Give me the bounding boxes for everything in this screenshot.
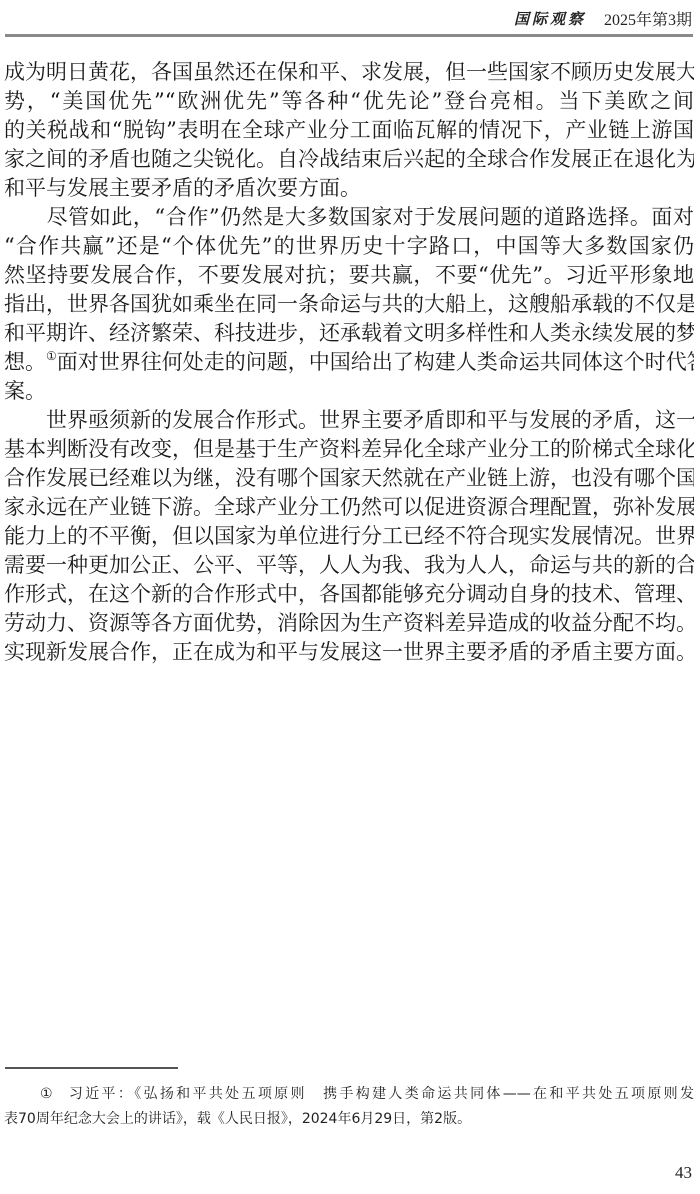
issue-label: 2025年第3期 [604,7,692,30]
body-text: 成为明日黄花，各国虽然还在保和平、求发展，但一些国家不顾历史发展大 势，“美国优… [4,58,694,667]
text-line: 能力上的不平衡，但以国家为单位进行分工已经不符合现实发展情况。世界 [4,522,694,551]
text-line: 实现新发展合作，正在成为和平与发展这一世界主要矛盾的矛盾主要方面。 [4,638,694,667]
text-line: 的关税战和“脱钩”表明在全球产业分工面临瓦解的情况下，产业链上游国 [4,116,694,145]
footnote-rule [5,1067,178,1069]
paragraph-1: 成为明日黄花，各国虽然还在保和平、求发展，但一些国家不顾历史发展大 势，“美国优… [4,58,694,203]
text-line: 家之间的矛盾也随之尖锐化。自冷战结束后兴起的全球合作发展正在退化为 [4,145,694,174]
text-line: 作形式，在这个新的合作形式中，各国都能够充分调动自身的技术、管理、 [4,580,694,609]
text-line: 需要一种更加公正、公平、平等，人人为我、我为人人，命运与共的新的合 [4,551,694,580]
page-number: 43 [675,1163,692,1183]
text-line: 和平与发展主要矛盾的矛盾次要方面。 [4,174,694,203]
footnotes: ①习近平：《弘扬和平共处五项原则 携手构建人类命运共同体——在和平共处五项原则发… [4,1082,694,1132]
text-line: 然坚持要发展合作，不要发展对抗；要共赢，不要“优先”。习近平形象地 [4,261,694,290]
text-line: 和平期许、经济繁荣、科技进步，还承载着文明多样性和人类永续发展的梦 [4,319,694,348]
text-span: 想。 [4,350,46,374]
text-span: 面对世界往何处走的问题，中国给出了构建人类命运共同体这个时代答 [57,350,694,374]
text-line: 劳动力、资源等各方面优势，消除因为生产资料差异造成的收益分配不均。 [4,609,694,638]
journal-name: 国际观察 [514,8,586,29]
footnote-marker: ① [40,1082,53,1107]
header-rule [5,34,693,37]
paragraph-2: 尽管如此，“合作”仍然是大多数国家对于发展问题的道路选择。面对 “合作共赢”还是… [4,203,694,406]
text-line: 家永远在产业链下游。全球产业分工仍然可以促进资源合理配置，弥补发展 [4,493,694,522]
text-line: “合作共赢”还是“个体优先”的世界历史十字路口，中国等大多数国家仍 [4,232,694,261]
footnote-reference[interactable]: ① [46,349,57,363]
footnote-line: ①习近平：《弘扬和平共处五项原则 携手构建人类命运共同体——在和平共处五项原则发 [4,1082,694,1107]
text-line: 合作发展已经难以为继，没有哪个国家天然就在产业链上游，也没有哪个国 [4,464,694,493]
text-line: 案。 [4,377,694,406]
text-line: 尽管如此，“合作”仍然是大多数国家对于发展问题的道路选择。面对 [4,203,694,232]
text-span: 尽管如此，“合作”仍然是大多数国家对于发展问题的道路选择。面对 [46,205,694,229]
text-line: 成为明日黄花，各国虽然还在保和平、求发展，但一些国家不顾历史发展大 [4,58,694,87]
text-line: 想。①面对世界往何处走的问题，中国给出了构建人类命运共同体这个时代答 [4,348,694,377]
running-header: 国际观察 2025年第3期 [514,6,692,30]
paragraph-3: 世界亟须新的发展合作形式。世界主要矛盾即和平与发展的矛盾，这一 基本判断没有改变… [4,406,694,667]
footnote-line: 表70周年纪念大会上的讲话》，载《人民日报》，2024年6月29日，第2版。 [4,1107,694,1132]
text-line: 指出，世界各国犹如乘坐在同一条命运与共的大船上，这艘船承载的不仅是 [4,290,694,319]
text-line: 基本判断没有改变，但是基于生产资料差异化全球产业分工的阶梯式全球化 [4,435,694,464]
text-span: 世界亟须新的发展合作形式。世界主要矛盾即和平与发展的矛盾，这一 [46,408,694,432]
text-line: 世界亟须新的发展合作形式。世界主要矛盾即和平与发展的矛盾，这一 [4,406,694,435]
text-line: 势，“美国优先”“欧洲优先”等各种“优先论”登台亮相。当下美欧之间 [4,87,694,116]
footnote-text: 习近平：《弘扬和平共处五项原则 携手构建人类命运共同体——在和平共处五项原则发 [67,1086,694,1102]
